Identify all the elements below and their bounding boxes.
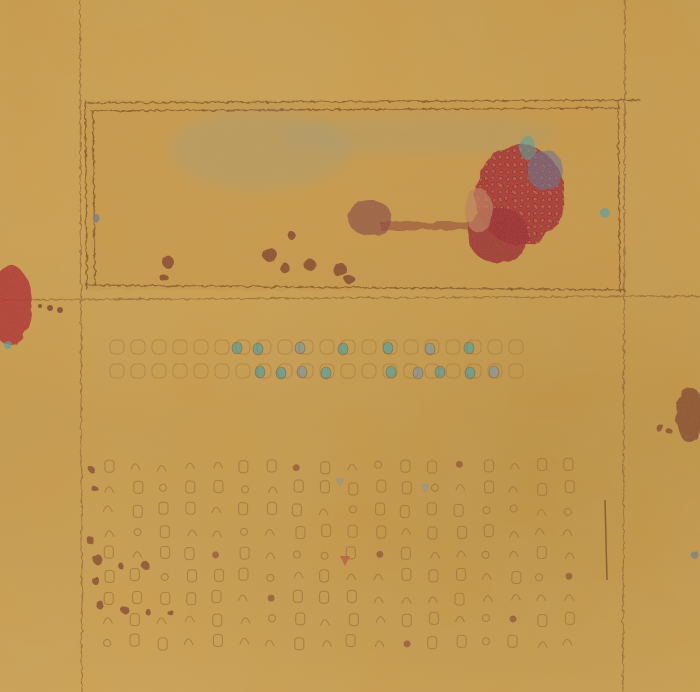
painting-texture <box>0 0 700 692</box>
artwork-canvas <box>0 0 700 692</box>
grain-overlay <box>0 0 700 692</box>
